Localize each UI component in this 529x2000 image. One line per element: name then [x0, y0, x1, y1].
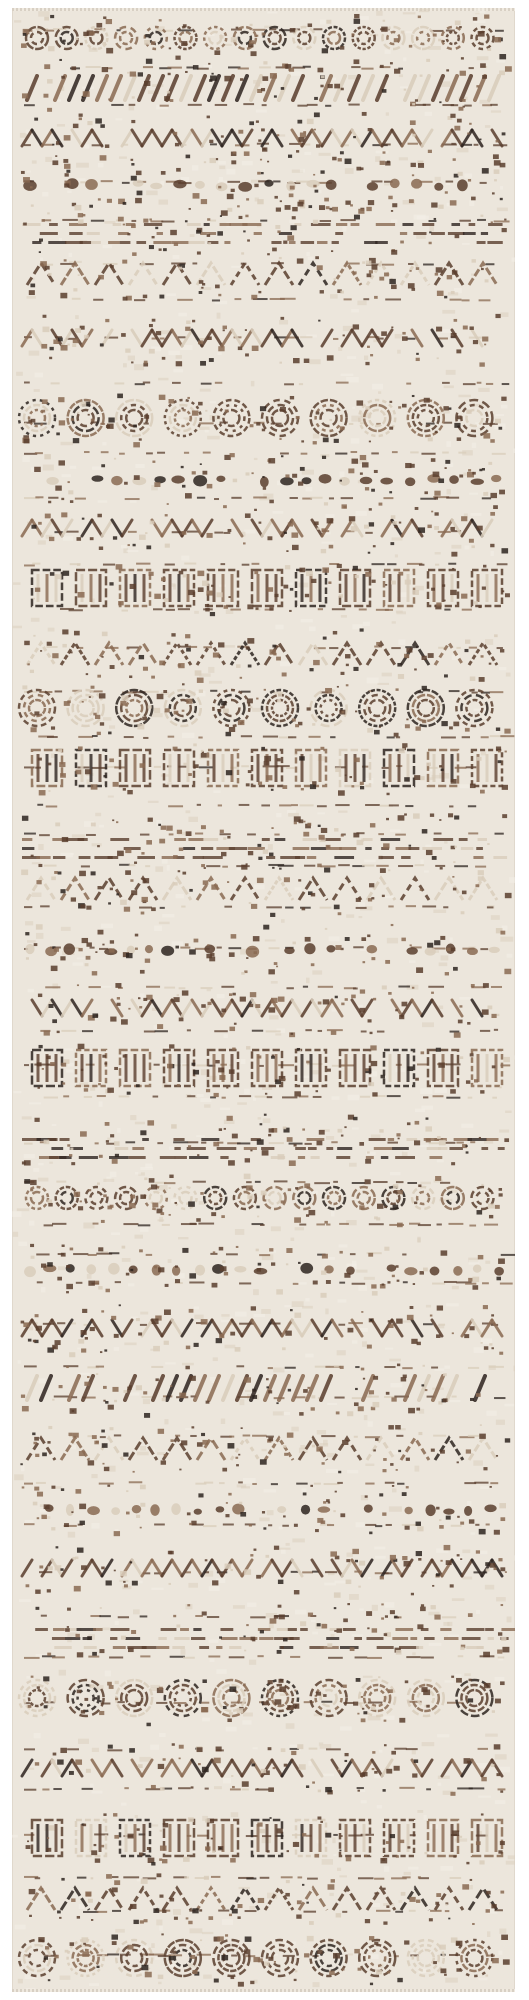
rug-fringe-bottom — [12, 1989, 515, 1992]
runner-rug — [12, 8, 515, 1992]
rug-pattern — [12, 8, 515, 1992]
